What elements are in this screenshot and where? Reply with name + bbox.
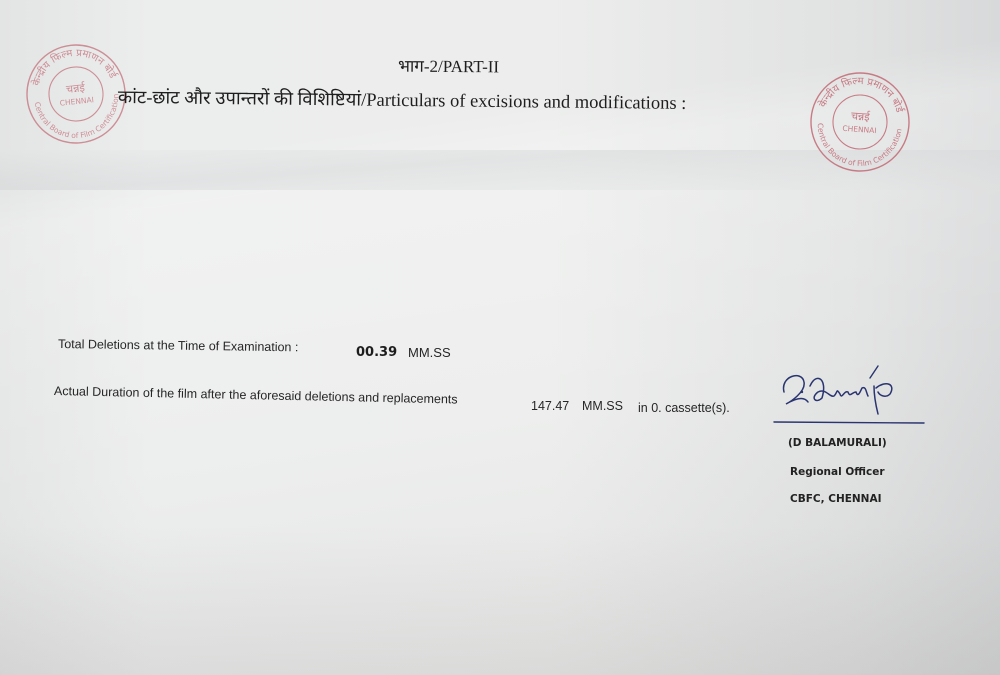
- stamp-center-hindi: चन्नई: [65, 81, 86, 96]
- actual-duration-value: 147.47: [531, 399, 569, 413]
- handwritten-signature-icon: [770, 362, 930, 428]
- signatory-office: CBFC, CHENNAI: [790, 493, 882, 505]
- stamp-seal-icon: केन्द्रीय फिल्म प्रमाणन बोर्ड Central Bo…: [19, 37, 133, 151]
- cbfc-stamp-left: केन्द्रीय फिल्म प्रमाणन बोर्ड Central Bo…: [19, 37, 133, 151]
- signatory-title: Regional Officer: [790, 466, 885, 478]
- stamp-center-english: CHENNAI: [842, 124, 877, 135]
- paper-bottom-shadow: [0, 525, 1000, 675]
- total-deletions-value: 00.39: [356, 345, 397, 360]
- actual-duration-cassettes: in 0. cassette(s).: [638, 401, 730, 415]
- stamp-center-english: CHENNAI: [59, 95, 94, 108]
- total-deletions-unit: MM.SS: [408, 345, 451, 360]
- actual-duration-unit: MM.SS: [582, 399, 623, 413]
- stamp-center-hindi: चन्नई: [851, 109, 872, 123]
- stamp-seal-icon: केन्द्रीय फिल्म प्रमाणन बोर्ड Central Bo…: [804, 66, 915, 177]
- signature: [770, 362, 930, 428]
- cbfc-stamp-right: केन्द्रीय फिल्म प्रमाणन बोर्ड Central Bo…: [804, 66, 915, 177]
- part-heading: भाग-2/PART-II: [398, 54, 499, 78]
- signatory-name: (D BALAMURALI): [788, 437, 887, 449]
